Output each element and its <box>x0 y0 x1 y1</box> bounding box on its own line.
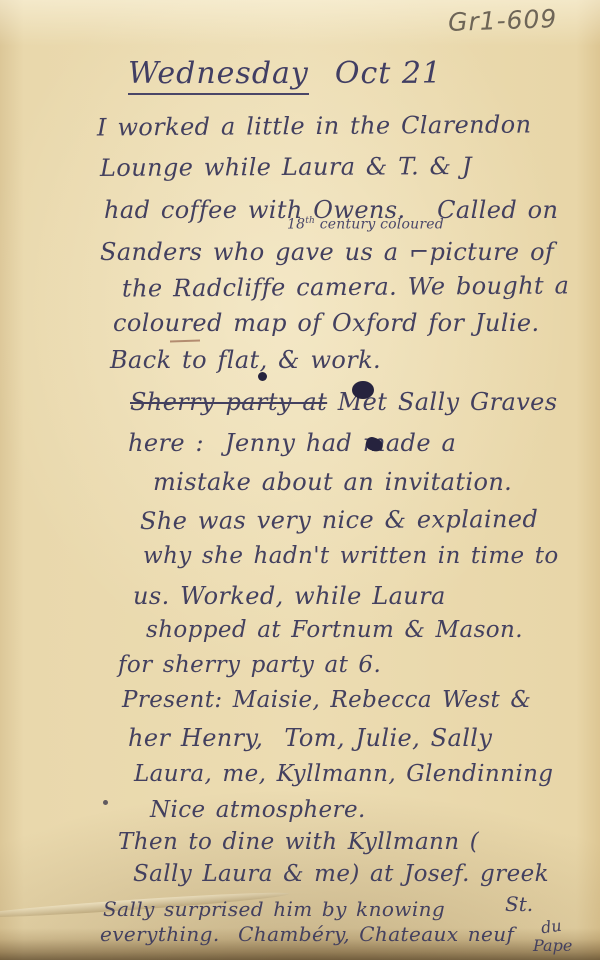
entry-date: Oct 21 <box>335 56 442 91</box>
diary-line: coloured map of Oxford for Julie. <box>113 309 540 337</box>
diary-line: why she hadn't written in time to <box>143 543 559 569</box>
diary-line: Then to dine with Kyllmann ( <box>118 829 479 855</box>
diary-page-photo: Gr1-609 WednesdayOct 21 I worked a littl… <box>0 0 600 960</box>
diary-line: Lounge while Laura & T. & J <box>100 152 472 182</box>
interlinear-insertion: 18th century coloured <box>287 216 444 233</box>
diary-line: mistake about an invitation. <box>153 468 512 496</box>
margin-note-street: St. <box>505 892 533 916</box>
insertion-number: 18 <box>287 217 305 233</box>
diary-line: Sally surprised him by knowing <box>103 897 445 921</box>
diary-line: Nice atmosphere. <box>150 797 366 823</box>
diary-line: Back to flat, & work. <box>110 346 381 374</box>
insertion-superscript: th <box>305 216 315 226</box>
diary-line: her Henry, Tom, Julie, Sally <box>128 724 492 752</box>
ink-blot <box>352 381 374 399</box>
margin-note-du: du <box>540 916 563 938</box>
diary-line: us. Worked, while Laura <box>133 582 446 610</box>
diary-line: Laura, me, Kyllmann, Glendinning <box>134 761 553 787</box>
diary-line: I worked a little in the Clarendon <box>97 110 532 141</box>
diary-line: Sanders who gave us a ⌐picture of <box>100 238 554 266</box>
diary-line: shopped at Fortnum & Mason. <box>146 617 523 643</box>
entry-heading: WednesdayOct 21 <box>128 56 442 91</box>
archival-number: Gr1-609 <box>448 4 558 37</box>
diary-line: Present: Maisie, Rebecca West & <box>122 687 531 713</box>
diary-line: the Radcliffe camera. We bought a <box>122 271 569 302</box>
diary-line: everything. Chambéry, Chateaux neuf <box>100 922 514 946</box>
diary-line: for sherry party at 6. <box>118 652 381 678</box>
diary-line-with-strikethrough: Sherry party at Met Sally Graves <box>130 388 557 416</box>
insertion-rest: century coloured <box>315 217 444 233</box>
ink-blot <box>103 800 108 805</box>
margin-note-pape: Pape <box>533 936 572 955</box>
diary-line: Sally Laura & me) at Josef. greek <box>133 861 549 887</box>
entry-day: Wednesday <box>128 56 309 95</box>
diary-line: She was very nice & explained <box>140 505 538 535</box>
ink-blot <box>258 372 267 381</box>
diary-line: here : Jenny had made a <box>128 429 456 457</box>
struck-text: Sherry party at <box>130 388 327 416</box>
